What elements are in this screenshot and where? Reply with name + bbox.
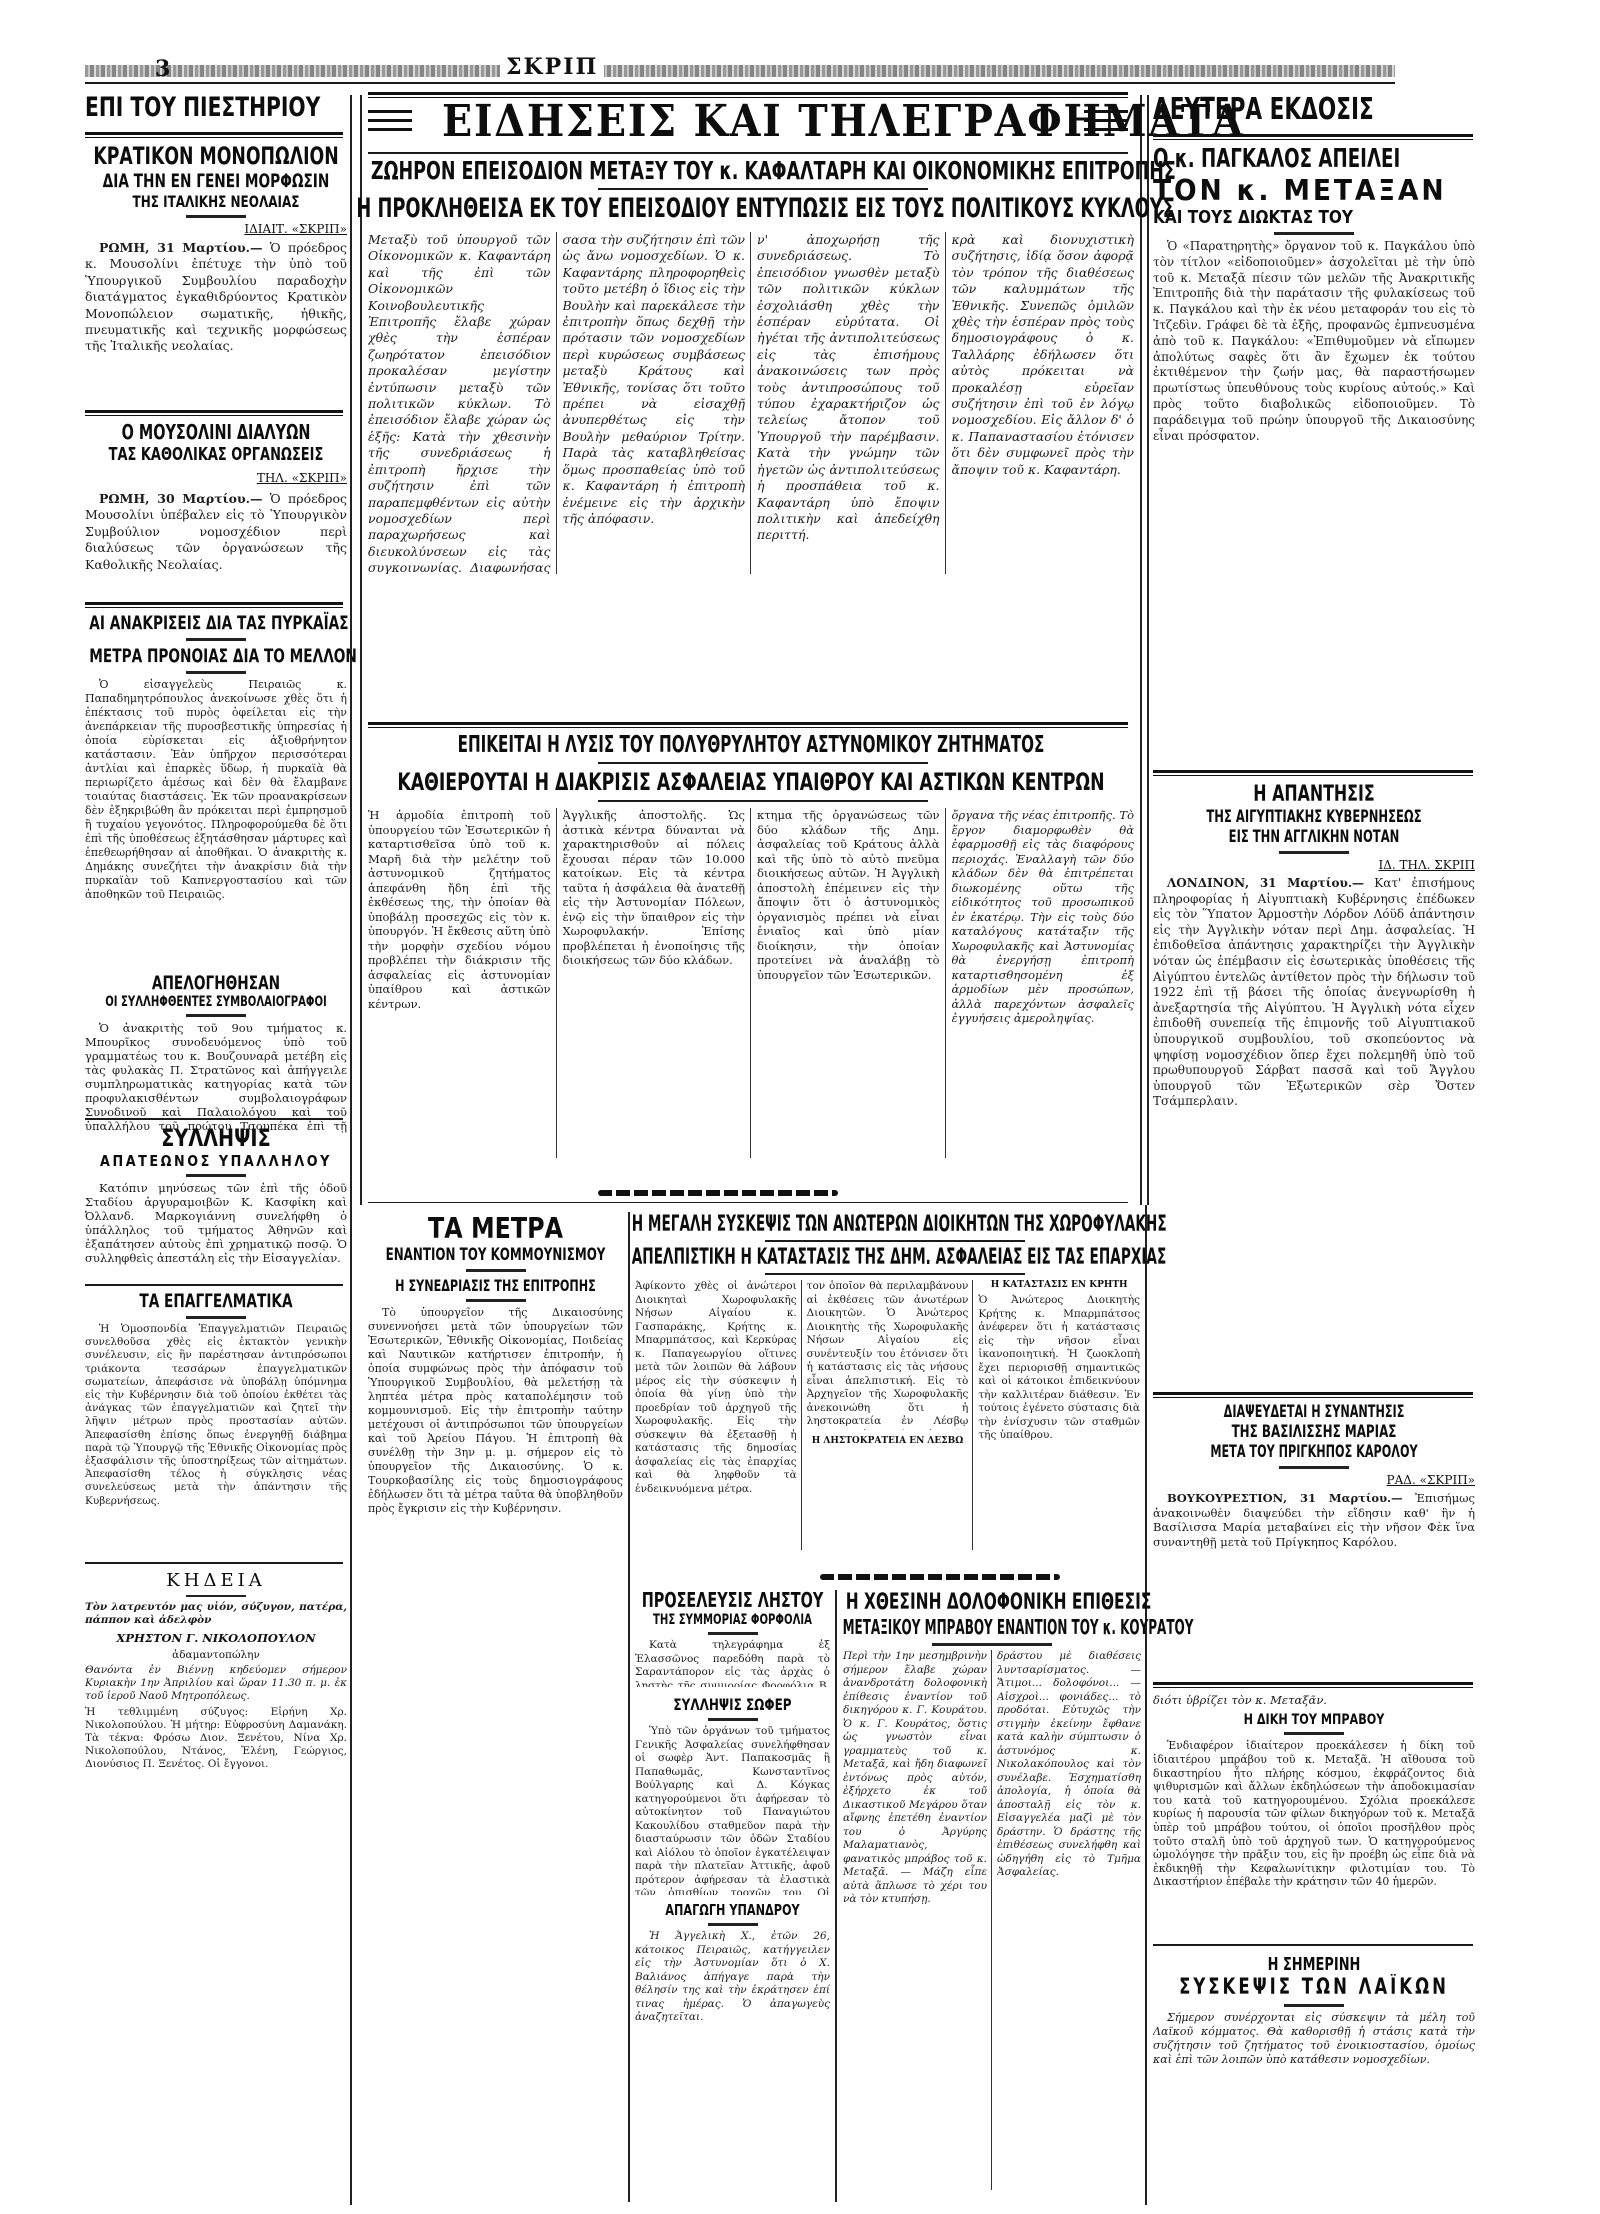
headline-line: Η ΜΕΓΑΛΗ ΣΥΣΚΕΨΙΣ ΤΩΝ ΑΝΩΤΕΡΩΝ ΔΙΟΙΚΗΤΩΝ… — [632, 1212, 1144, 1237]
article-kafantaris-incident: ΖΩΗΡΟΝ ΕΠΕΙΣΟΔΙΟΝ ΜΕΤΑΞΥ ΤΟΥ κ. ΚΑΦΑΛΤΑΡ… — [368, 156, 1134, 574]
article-body-col: ν' ἀποχωρήσῃ τῆς συνεδριάσεως. Τὸ ἐπεισό… — [757, 232, 946, 574]
article-professionals: ΤΑ ΕΠΑΓΓΕΛΜΑΤΙΚΑ Ἡ Ὁμοσπονδία Ἐπαγγελματ… — [85, 1290, 347, 1573]
article-body: Ὁ ἀνακριτὴς τοῦ 9ου τμήματος κ. Μπουρῖκο… — [85, 1021, 347, 1133]
funeral-details: Θανόντα ἐν Βιέννῃ κηδεύομεν σήμερον Κυρι… — [85, 1664, 347, 1703]
article-notaries: ΑΠΕΛΟΓΗΘΗΣΑΝ ΟΙ ΣΥΛΛΗΦΘΕΝΤΕΣ ΣΥΜΒΟΛΑΙΟΓΡ… — [85, 972, 347, 1133]
kicker-deutera-ekdosis: ΔΕΥΤΕΡΑ ΕΚΔΟΣΙΣ — [1153, 92, 1470, 127]
headline-line: Η ΔΙΚΗ ΤΟΥ ΜΠΡΑΒΟΥ — [1169, 1712, 1459, 1728]
paper-name: ΣΚΡΙΠ — [500, 54, 604, 80]
headline-line: ΕΙΣ ΤΗΝ ΑΓΓΛΙΚΗΝ ΝΟΤΑΝ — [1164, 827, 1465, 847]
article-fire-inquiries: ΑΙ ΑΝΑΚΡΙΣΕΙΣ ΔΙΑ ΤΑΣ ΠΥΡΚΑΪΑΣ ΜΕΤΡΑ ΠΡΟ… — [85, 612, 347, 953]
funeral-notice: ΚΗΔΕΙΑ Τὸν λατρευτόν μας υἱόν, σύζυγον, … — [85, 1570, 347, 1772]
article-body: Ὁ εἰσαγγελεὺς Πειραιῶς κ. Παπαδημητρόπου… — [85, 678, 347, 953]
headline-line: ΚΑΘΙΕΡΟΥΤΑΙ Η ΔΙΑΚΡΙΣΙΣ ΑΣΦΑΛΕΙΑΣ ΥΠΑΙΘΡ… — [367, 768, 1135, 796]
headline-line: ΕΠΙΚΕΙΤΑΙ Η ΛΥΣΙΣ ΤΟΥ ΠΟΛΥΘΡΥΛΗΤΟΥ ΑΣΤΥΝ… — [366, 732, 1136, 758]
banner-lines-left — [368, 104, 412, 137]
article-body: Ἡ Ἀγγελικὴ Χ., ἐτῶν 26, κάτοικος Πειραιῶ… — [635, 1930, 830, 2060]
headline-line: Η ΑΠΑΝΤΗΣΙΣ — [1169, 782, 1458, 807]
headline-line: ΤΗΣ ΑΙΓΥΠΤΙΑΚΗΣ ΚΥΒΕΡΝΗΣΕΩΣ — [1164, 807, 1465, 827]
article-body: Ἐνδιαφέρον ἰδιαίτερον προεκάλεσεν ἡ δίκη… — [1153, 1739, 1475, 1929]
article-today-meeting: Η ΣΗΜΕΡΙΝΗ ΣΥΣΚΕΨΙΣ ΤΩΝ ΛΑΪΚΩΝ Σήμερον σ… — [1153, 1954, 1475, 2091]
article-body-col: τον ὁποῖον θὰ περιλαμβάνουν αἱ ἐκθέσεις … — [807, 1280, 969, 1430]
article-body: Τὸ ὑπουργεῖον τῆς Δικαιοσύνης συνεννοήσε… — [368, 1306, 623, 2126]
headline-line: ΕΝΑΝΤΙΟΝ ΤΟΥ ΚΟΜΜΟΥΝΙΣΜΟΥ — [364, 1245, 627, 1265]
headline-line: ΤΑ ΜΕΤΡΑ — [362, 1212, 630, 1245]
article-body-col: δράστου μὲ διαθέσεις λυντσαρίσματος. — Ἄ… — [997, 1650, 1141, 2190]
article-anti-communism: ΤΑ ΜΕΤΡΑ ΕΝΑΝΤΙΟΝ ΤΟΥ ΚΟΜΜΟΥΝΙΣΜΟΥ Η ΣΥΝ… — [368, 1212, 623, 2126]
article-mussolini-catholic: Ο ΜΟΥΣΟΛΙΝΙ ΔΙΑΛΥΩΝ ΤΑΣ ΚΑΘΟΛΙΚΑΣ ΟΡΓΑΝΩ… — [85, 420, 347, 591]
article-body: Ὑπὸ τῶν ὀργάνων τοῦ τμήματος Γενικῆς Ἀσφ… — [635, 1725, 830, 1895]
article-body: Κατόπιν μηνύσεως τῶν ἐπὶ τῆς ὁδοῦ Σταδίο… — [85, 1181, 347, 1279]
article-body: Ὁ «Παρατηρητὴς» ὄργανον τοῦ κ. Παγκάλου … — [1153, 239, 1475, 709]
article-body-col: κτημα τῆς ὀργανώσεως τῶν δύο κλάδων τῆς … — [757, 808, 946, 1158]
headline-line: Η ΠΡΟΚΛΗΘΕΙΣΑ ΕΚ ΤΟΥ ΕΠΕΙΣΟΔΙΟΥ ΕΝΤΥΠΩΣΙ… — [356, 193, 1145, 224]
headline-line: ΤΗΣ ΙΤΑΛΙΚΗΣ ΝΕΟΛΑΙΑΣ — [88, 192, 345, 211]
article-murder-attempt: Η ΧΘΕΣΙΝΗ ΔΟΛΟΦΟΝΙΚΗ ΕΠΙΘΕΣΙΣ ΜΕΤΑΞΙΚΟΥ … — [843, 1590, 1141, 2190]
article-police-question: ΕΠΙΚΕΙΤΑΙ Η ΛΥΣΙΣ ΤΟΥ ΠΟΛΥΘΡΥΛΗΤΟΥ ΑΣΤΥΝ… — [368, 732, 1134, 1158]
article-body: ΡΩΜΗ, 30 Μαρτίου.— Ὁ πρόεδρος Μουσολίνι … — [85, 491, 347, 591]
headline-line: ΑΠΑΓΩΓΗ ΥΠΑΝΔΡΟΥ — [637, 1901, 828, 1919]
headline-line: ΑΠΑΤΕΩΝΟΣ ΥΠΑΛΛΗΛΟΥ — [88, 1152, 345, 1170]
article-body-col: Ὁ Ἀνώτερος Διοικητὴς Κρήτης κ. Μπαρμπάτσ… — [978, 1294, 1140, 1534]
article-gendarmerie: Η ΜΕΓΑΛΗ ΣΥΣΚΕΨΙΣ ΤΩΝ ΑΝΩΤΕΡΩΝ ΔΙΟΙΚΗΤΩΝ… — [635, 1212, 1140, 1550]
funeral-name: ΧΡΗΣΤΟΝ Γ. ΝΙΚΟΛΟΠΟΥΛΟΝ — [85, 1631, 347, 1645]
byline: ΡΑΔ. «ΣΚΡΙΠ» — [1153, 1473, 1475, 1487]
headline-line: Η ΧΘΕΣΙΝΗ ΔΟΛΟΦΟΝΙΚΗ ΕΠΙΘΕΣΙΣ — [846, 1590, 1139, 1615]
headline-line: ΠΡΟΣΕΛΕΥΣΙΣ ΛΗΣΤΟΥ — [641, 1588, 825, 1612]
police-columns: Ἡ ἁρμοδία ἐπιτροπὴ τοῦ ὑπουργείου τῶν Ἐσ… — [368, 808, 1134, 1158]
article-body: Ἡ Ὁμοσπονδία Ἐπαγγελματιῶν Πειραιῶς συνε… — [85, 1323, 347, 1573]
headline-line: Ο ΜΟΥΣΟΛΙΝΙ ΔΙΑΛΥΩΝ — [93, 420, 339, 444]
article-state-monopoly: ΚΡΑΤΙΚΟΝ ΜΟΝΟΠΩΛΙΟΝ ΔΙΑ ΤΗΝ ΕΝ ΓΕΝΕΙ ΜΟΡ… — [85, 142, 347, 352]
article-body: Σήμερον συνέρχονται εἰς σύσκεψιν τὰ μέλη… — [1153, 2011, 1475, 2091]
headline-line: ΤΟΝ κ. ΜΕΤΑΞΑΝ — [1153, 174, 1476, 207]
page-number: 3 — [155, 56, 170, 82]
left-column: ΕΠΙ ΤΟΥ ΠΙΕΣΤΗΡΙΟΥ ΚΡΑΤΙΚΟΝ ΜΟΝΟΠΩΛΙΟΝ Δ… — [85, 92, 347, 123]
article-bravo-trial: διότι ὑβρίζει τὸν κ. Μεταξᾶν. Η ΔΙΚΗ ΤΟΥ… — [1153, 1692, 1475, 1929]
byline: ΤΗΛ. «ΣΚΡΙΠ» — [85, 471, 347, 485]
headline-line: Ο κ. ΠΑΓΚΑΛΟΣ ΑΠΕΙΛΕΙ — [1153, 144, 1475, 174]
article-egypt-reply: Η ΑΠΑΝΤΗΣΙΣ ΤΗΣ ΑΙΓΥΠΤΙΑΚΗΣ ΚΥΒΕΡΝΗΣΕΩΣ … — [1153, 782, 1475, 1296]
headline-line: ΣΥΛΛΗΨΙΣ — [95, 1124, 337, 1152]
headline-line: ΜΕΤΑΞΙΚΟΥ ΜΠΡΑΒΟΥ ΕΝΑΝΤΙΟΝ ΤΟΥ κ. ΚΟΥΡΑΤ… — [843, 1615, 1142, 1639]
headline-line: ΟΙ ΣΥΛΛΗΦΘΕΝΤΕΣ ΣΥΜΒΟΛΑΙΟΓΡΑΦΟΙ — [78, 994, 353, 1010]
headline-line: ΚΑΙ ΤΟΥΣ ΔΙΩΚΤΑΣ ΤΟΥ — [1153, 207, 1476, 228]
headline-line: ΤΑ ΕΠΑΓΓΕΛΜΑΤΙΚΑ — [100, 1290, 332, 1312]
headline-line: ΑΠΕΛΟΓΗΘΗΣΑΝ — [93, 972, 339, 994]
section-banner: ΕΙΔΗΣΕΙΣ ΚΑΙ ΤΗΛΕΓΡΑΦΗΜΑΤΑ — [442, 96, 1054, 147]
article-body-col: σασα τὴν συζήτησιν ἐπὶ τῶν ὡς ἄνω νομοσχ… — [563, 232, 752, 574]
article-body: ΛΟΝΔΙΝΟΝ, 31 Μαρτίου.— Κατ' ἐπισήμους πλ… — [1153, 876, 1475, 1296]
article-body-col: Ἀγγλικῆς ἀποστολῆς. Ὡς ἀστικὰ κέντρα δύν… — [563, 808, 752, 1158]
headline-line: ΖΩΗΡΟΝ ΕΠΕΙΣΟΔΙΟΝ ΜΕΤΑΞΥ ΤΟΥ κ. ΚΑΦΑΛΤΑΡ… — [371, 156, 1131, 185]
article-body-col: Ἡ ἁρμοδία ἐπιτροπὴ τοῦ ὑπουργείου τῶν Ἐσ… — [368, 808, 557, 1158]
article-body-col: Μεταξὺ τοῦ ὑπουργοῦ τῶν Οἰκονομικῶν κ. Κ… — [368, 232, 557, 574]
article-body-col: ὄργανα τῆς νέας ἐπιτροπῆς. Τὸ ἔργον διαμ… — [952, 808, 1135, 1158]
headline-line: ΜΕΤΑ ΤΟΥ ΠΡΙΓΚΗΠΟΣ ΚΑΡΟΛΟΥ — [1155, 1442, 1473, 1462]
headline-line: ΚΡΑΤΙΚΟΝ ΜΟΝΟΠΩΛΙΟΝ — [86, 142, 347, 170]
funeral-profession: ἀδαμαντοπώλην — [85, 1649, 347, 1661]
headline-line: ΤΑΣ ΚΑΘΟΛΙΚΑΣ ΟΡΓΑΝΩΣΕΙΣ — [93, 444, 339, 465]
article-body-col: Περὶ τὴν 1ην μεσημβρινὴν σήμερον ἔλαβε χ… — [843, 1650, 992, 2190]
byline: ΙΔΙΑΙΤ. «ΣΚΡΙΠ» — [85, 222, 347, 236]
headline-line: ΔΙΑΨΕΥΔΕΤΑΙ Η ΣΥΝΑΝΤΗΣΙΣ — [1155, 1402, 1473, 1422]
article-pangalos-threatens: Ο κ. ΠΑΓΚΑΛΟΣ ΑΠΕΙΛΕΙ ΤΟΝ κ. ΜΕΤΑΞΑΝ ΚΑΙ… — [1153, 144, 1475, 709]
article-body-col: κρὰ καὶ διονυχιστικὴ συζήτησις, ἰδίᾳ ὅσο… — [952, 232, 1135, 574]
subheading-lesvos: Η ΛΗΣΤΟΚΡΑΤΕΙΑ ΕΝ ΛΕΣΒΩ — [807, 1436, 969, 1446]
funeral-title: ΚΗΔΕΙΑ — [85, 1570, 347, 1591]
gendarmerie-columns: Ἀφίκοντο χθὲς οἱ ἀνώτεροι Διοικηταὶ Χωρο… — [635, 1280, 1140, 1550]
article-queen-marie: ΔΙΑΨΕΥΔΕΤΑΙ Η ΣΥΝΑΝΤΗΣΙΣ ΤΗΣ ΒΑΣΙΛΙΣΣΗΣ … — [1153, 1402, 1475, 1609]
headline-line: ΑΙ ΑΝΑΚΡΙΣΕΙΣ ΔΙΑ ΤΑΣ ΠΥΡΚΑΪΑΣ — [89, 612, 342, 634]
headline-line: ΔΙΑ ΤΗΝ ΕΝ ΓΕΝΕΙ ΜΟΡΦΩΣΙΝ — [86, 170, 347, 192]
headline-line: ΜΕΤΡΑ ΠΡΟΝΟΙΑΣ ΔΙΑ ΤΟ ΜΕΛΛΟΝ — [89, 645, 342, 667]
funeral-intro: Τὸν λατρευτόν μας υἱόν, σύζυγον, πατέρα,… — [85, 1601, 347, 1627]
headline-line: ΤΗΣ ΣΥΜΜΟΡΙΑΣ ΦΟΡΦΟΛΙΑ — [641, 1612, 825, 1628]
funeral-relatives: Ἡ τεθλιμμένη σύζυγος: Εἰρήνη Χρ. Νικολοπ… — [85, 1706, 347, 1772]
article-robber-surrender: ΠΡΟΣΕΛΕΥΣΙΣ ΛΗΣΤΟΥ ΤΗΣ ΣΥΜΜΟΡΙΑΣ ΦΟΡΦΟΛΙ… — [635, 1588, 830, 2060]
byline: ΙΔ. ΤΗΛ. ΣΚΡΙΠ — [1153, 858, 1475, 872]
right-column: ΔΕΥΤΕΡΑ ΕΚΔΟΣΙΣ Ο κ. ΠΑΓΚΑΛΟΣ ΑΠΕΙΛΕΙ ΤΟ… — [1153, 92, 1479, 127]
headline-line: Η ΣΥΝΕΔΡΙΑΣΙΣ ΤΗΣ ΕΠΙΤΡΟΠΗΣ — [364, 1276, 627, 1295]
headline-line: Η ΣΗΜΕΡΙΝΗ — [1169, 1954, 1458, 1975]
subheading-crete: Η ΚΑΤΑΣΤΑΣΙΣ ΕΝ ΚΡΗΤΗ — [978, 1280, 1140, 1290]
article-body: Κατὰ τηλεγράφημα ἐξ Ἐλασσῶνος παρεδόθη π… — [635, 1639, 830, 1687]
headline-line: ΑΠΕΛΠΙΣΤΙΚΗ Η ΚΑΤΑΣΤΑΣΙΣ ΤΗΣ ΔΗΜ. ΑΣΦΑΛΕ… — [632, 1245, 1144, 1270]
lead-line: διότι ὑβρίζει τὸν κ. Μεταξᾶν. — [1153, 1692, 1475, 1708]
article-arrest: ΣΥΛΛΗΨΙΣ ΑΠΑΤΕΩΝΟΣ ΥΠΑΛΛΗΛΟΥ Κατόπιν μην… — [85, 1124, 347, 1279]
article-body: ΒΟΥΚΟΥΡΕΣΤΙΟΝ, 31 Μαρτίου.— Ἐπισήμως ἀνα… — [1153, 1491, 1475, 1609]
newspaper-page: 3 ΣΚΡΙΠ ΕΠΙ ΤΟΥ ΠΙΕΣΤΗΡΙΟΥ ΚΡΑΤΙΚΟΝ ΜΟΝΟ… — [85, 0, 1480, 2214]
headline-line: ΤΗΣ ΒΑΣΙΛΙΣΣΗΣ ΜΑΡΙΑΣ — [1159, 1422, 1468, 1442]
article-body: ΡΩΜΗ, 31 Μαρτίου.— Ὁ πρόεδρος κ. Μουσολί… — [85, 240, 347, 352]
headline-line: ΣΥΣΚΕΨΙΣ ΤΩΝ ΛΑΪΚΩΝ — [1148, 1975, 1480, 2000]
headline-line: ΣΥΛΛΗΨΙΣ ΣΩΦΕΡ — [637, 1695, 828, 1714]
lead-columns: Μεταξὺ τοῦ ὑπουργοῦ τῶν Οἰκονομικῶν κ. Κ… — [368, 232, 1134, 574]
murder-columns: Περὶ τὴν 1ην μεσημβρινὴν σήμερον ἔλαβε χ… — [843, 1650, 1141, 2190]
kicker-epi-tou-piestiriou: ΕΠΙ ΤΟΥ ΠΙΕΣΤΗΡΙΟΥ — [85, 92, 344, 123]
masthead-ornament — [85, 65, 1395, 77]
article-body-col: Ἀφίκοντο χθὲς οἱ ἀνώτεροι Διοικηταὶ Χωρο… — [635, 1280, 802, 1550]
